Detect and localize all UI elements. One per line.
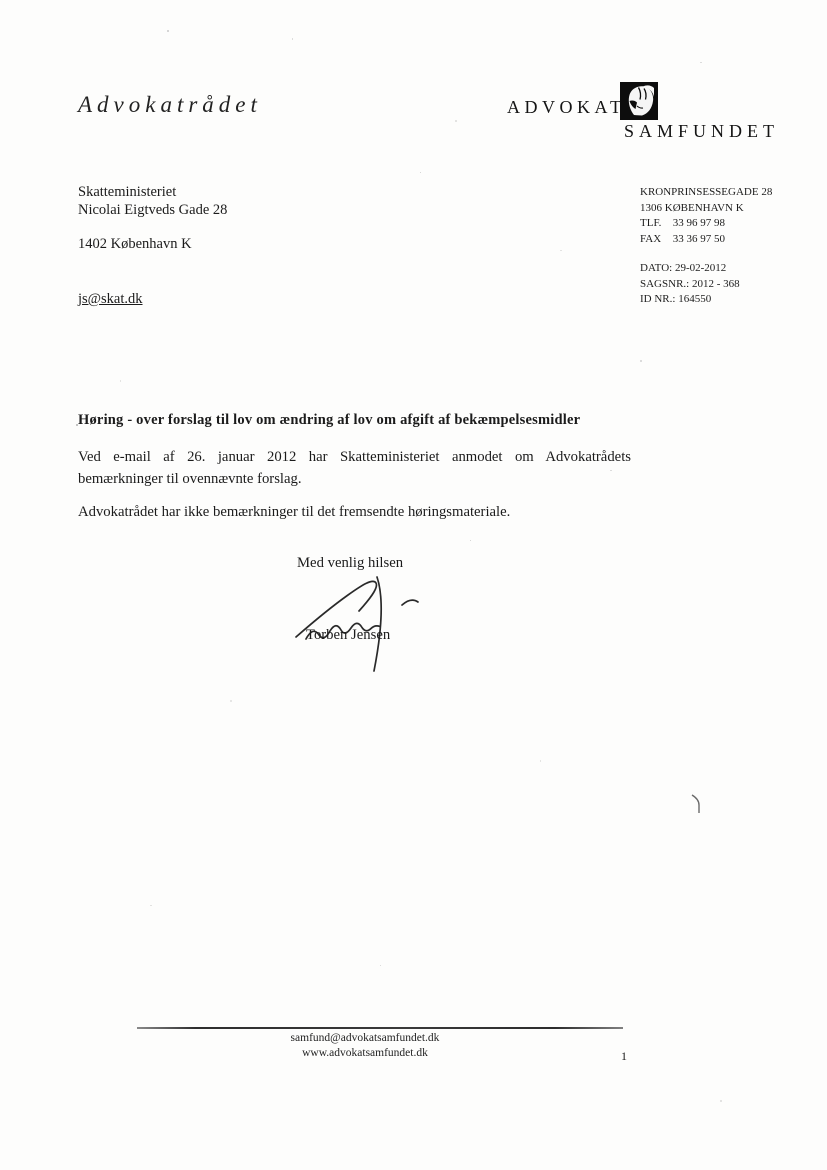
sender-fax-row: FAX 33 36 97 50 — [640, 232, 772, 248]
scan-speck — [455, 120, 457, 122]
scan-artifact-mark — [690, 793, 706, 815]
scan-speck — [700, 62, 702, 63]
footer-divider — [137, 1027, 623, 1029]
closing-phrase: Med venlig hilsen — [297, 555, 403, 572]
tlf-label: TLF. — [640, 216, 670, 232]
subject-heading: Høring - over forslag til lov om ændring… — [78, 412, 648, 429]
body-paragraph-2: Advokatrådet har ikke bemærkninger til d… — [78, 501, 698, 523]
scan-speck — [540, 760, 541, 762]
scanned-letter-page: Advokatrådet ADVOKAT SAMFUNDET Skattemin… — [0, 0, 827, 1170]
date-row: DATO: 29-02-2012 — [640, 261, 772, 277]
handwritten-signature — [290, 573, 455, 675]
tlf-value: 33 96 97 98 — [673, 217, 725, 229]
dato-label: DATO: — [640, 262, 672, 274]
samfundet-wordmark: SAMFUNDET — [624, 121, 779, 142]
fax-label: FAX — [640, 232, 670, 248]
scan-speck — [167, 30, 169, 32]
sender-info-block: KRONPRINSESSEGADE 28 1306 KØBENHAVN K TL… — [640, 185, 772, 308]
recipient-email: js@skat.dk — [78, 291, 143, 308]
footer-website: www.advokatsamfundet.dk — [240, 1046, 490, 1061]
scan-speck — [292, 38, 293, 40]
scan-speck — [230, 700, 232, 702]
sagsnr-label: SAGSNR.: — [640, 278, 689, 290]
fax-value: 33 36 97 50 — [673, 233, 725, 245]
recipient-name: Skatteministeriet — [78, 184, 227, 202]
sagsnr-value: 2012 - 368 — [692, 278, 740, 290]
recipient-address-block: Skatteministeriet Nicolai Eigtveds Gade … — [78, 184, 227, 254]
advokat-wordmark: ADVOKAT — [507, 97, 626, 118]
helmet-logo-icon — [620, 82, 658, 120]
scan-speck — [560, 250, 562, 251]
scan-speck — [380, 965, 381, 966]
advokatraadet-wordmark: Advokatrådet — [78, 92, 262, 118]
signer-name: Torben Jensen — [306, 627, 390, 644]
scan-speck — [470, 540, 471, 541]
case-number-row: SAGSNR.: 2012 - 368 — [640, 277, 772, 293]
dato-value: 29-02-2012 — [675, 262, 726, 274]
sender-street: KRONPRINSESSEGADE 28 — [640, 185, 772, 201]
sender-city: 1306 KØBENHAVN K — [640, 201, 772, 217]
scan-speck — [120, 380, 121, 382]
footer-contact-block: samfund@advokatsamfundet.dk www.advokats… — [240, 1031, 490, 1061]
scan-speck — [610, 470, 612, 471]
idnr-value: 164550 — [678, 293, 711, 305]
scan-speck — [640, 360, 642, 362]
sender-phone-row: TLF. 33 96 97 98 — [640, 216, 772, 232]
spacer — [640, 247, 772, 261]
scan-speck — [720, 1100, 722, 1102]
recipient-city: 1402 København K — [78, 236, 227, 254]
page-number: 1 — [621, 1049, 627, 1064]
scan-speck — [150, 905, 152, 906]
scan-speck — [420, 172, 421, 173]
idnr-label: ID NR.: — [640, 293, 675, 305]
scan-speck — [76, 424, 78, 426]
body-paragraph-1: Ved e-mail af 26. januar 2012 har Skatte… — [78, 446, 631, 490]
recipient-street: Nicolai Eigtveds Gade 28 — [78, 202, 227, 220]
id-number-row: ID NR.: 164550 — [640, 292, 772, 308]
footer-email: samfund@advokatsamfundet.dk — [240, 1031, 490, 1046]
